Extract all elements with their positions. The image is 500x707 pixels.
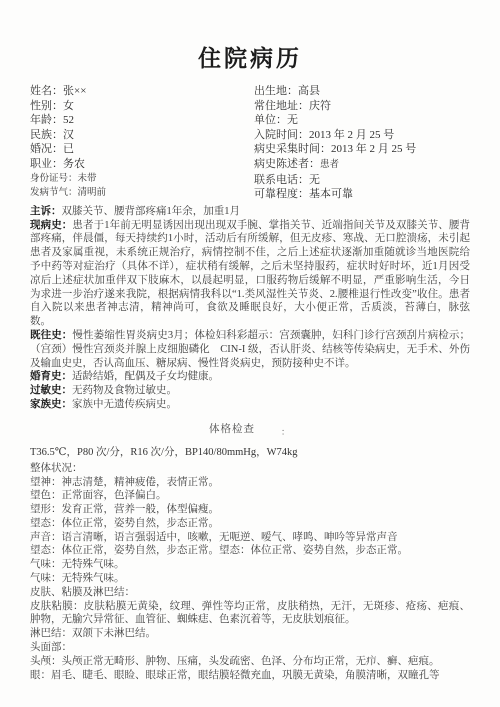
- info-value: 女: [63, 100, 74, 112]
- info-row: 身份证号：未带: [30, 172, 254, 187]
- history-label: 现病史：: [30, 220, 72, 231]
- info-label: 职业：: [30, 158, 63, 170]
- history-label: 主诉：: [30, 206, 62, 217]
- info-row: 常住地址：庆符: [254, 99, 470, 114]
- info-label: 婚况：: [30, 143, 63, 155]
- history-section: 主诉：双膝关节、腰背部疼痛1年余，加重1月 现病史：患者于1年前无明显诱因出现出…: [30, 205, 470, 412]
- exam-line-eyes: 眼：眉毛、睫毛、眼睑、眼球正常，眼结膜轻微充血，巩膜无黄染，角膜清晰，双瞳孔等: [30, 669, 470, 683]
- page-title: 住院病历: [30, 40, 470, 73]
- info-value: 无: [309, 174, 320, 186]
- info-value: 张××: [63, 85, 86, 97]
- info-row: 婚况：已: [30, 142, 254, 157]
- physical-exam-section: T36.5℃，P80 次/分，R16 次/分，BP140/80mmHg，W74k…: [30, 446, 470, 683]
- present-illness-paragraph: 现病史：患者于1年前无明显诱因出现出现双手腕、掌指关节、近端指间关节及双膝关节、…: [30, 219, 470, 329]
- info-label: 出生地：: [254, 85, 298, 97]
- info-label: 病史陈述者：: [254, 158, 320, 170]
- history-text: 适龄结婚，配偶及子女均健康。: [72, 371, 219, 382]
- info-row: 病史采集时间：2013 年 2 月 25 号: [254, 142, 470, 157]
- info-row: 性别：女: [30, 99, 254, 114]
- info-label: 发病节气：: [30, 188, 78, 198]
- info-row: 民族：汉: [30, 128, 254, 143]
- info-label: 入院时间：: [254, 129, 309, 141]
- info-value: 未带: [78, 174, 97, 184]
- exam-line-odor-repeat: 气味：无特殊气味。: [30, 572, 470, 586]
- info-label: 身份证号：: [30, 174, 78, 184]
- exam-line-lymph-nodes: 淋巴结：双颌下未淋巴结。: [30, 627, 470, 641]
- info-label: 常住地址：: [254, 100, 309, 112]
- info-row: 可靠程度：基本可靠: [254, 187, 470, 202]
- exam-line-skull: 头颅：头颅正常无畸形、肿物、压痛，头发疏密、色泽、分布均正常，无疖、癣、疤痕。: [30, 655, 470, 669]
- chief-complaint-paragraph: 主诉：双膝关节、腰背部疼痛1年余，加重1月: [30, 205, 470, 219]
- info-value: 务农: [63, 158, 85, 170]
- info-row: 姓名：张××: [30, 84, 254, 99]
- exam-line-posture: 望态：体位正常，姿势自然，步态正常。: [30, 517, 470, 531]
- info-row: 发病节气：清明前: [30, 186, 254, 201]
- history-text: 家族中无遗传疾病史。: [72, 399, 177, 410]
- info-label: 性别：: [30, 100, 63, 112]
- history-text: 慢性萎缩性胃炎病史3月；体检妇科彩超示：宫颈囊肿，妇科门诊行宫颈刮片病检示；（宫…: [30, 330, 470, 369]
- exam-line-voice: 声音：语言清晰，语言强弱适中，咳嗽，无呃逆、嗳气、哮鸣、呻吟等异常声音: [30, 531, 470, 545]
- info-row: 单位：无: [254, 113, 470, 128]
- info-value: 2013 年 2 月 25 号: [309, 129, 394, 141]
- info-value: 患者: [320, 160, 339, 170]
- patient-info-right-column: 出生地：高县 常住地址：庆符 单位：无 入院时间：2013 年 2 月 25 号…: [254, 84, 470, 202]
- exam-line-posture-repeat: 望态：体位正常，姿势自然，步态正常。望态：体位正常、姿势自然，步态正常。: [30, 544, 470, 558]
- past-history-paragraph: 既往史：慢性萎缩性胃炎病史3月；体检妇科彩超示：宫颈囊肿，妇科门诊行宫颈刮片病检…: [30, 329, 470, 370]
- info-label: 年龄：: [30, 114, 63, 126]
- info-value: 已: [63, 143, 74, 155]
- history-text: 无药物及食物过敏史。: [72, 385, 177, 396]
- info-row: 病史陈述者：患者: [254, 157, 470, 173]
- allergy-history-paragraph: 过敏史：无药物及食物过敏史。: [30, 384, 470, 398]
- info-label: 姓名：: [30, 85, 63, 97]
- history-label: 既往史：: [30, 330, 72, 341]
- history-label: 家族史：: [30, 399, 72, 410]
- physical-exam-heading-text: 体格检查: [209, 424, 255, 435]
- exam-line-build: 望形：发育正常，营养一般，体型偏瘦。: [30, 503, 470, 517]
- info-label: 单位：: [254, 114, 287, 126]
- history-text: 双膝关节、腰背部疼痛1年余，加重1月: [62, 206, 241, 217]
- physical-exam-heading-mark: ：: [281, 425, 291, 438]
- info-label: 民族：: [30, 129, 63, 141]
- info-value: 汉: [63, 129, 74, 141]
- info-row: 入院时间：2013 年 2 月 25 号: [254, 128, 470, 143]
- exam-line-overall-heading: 整体状况：: [30, 462, 470, 476]
- exam-line-color: 望色：正常面容，色泽偏白。: [30, 489, 470, 503]
- family-history-paragraph: 家族史：家族中无遗传疾病史。: [30, 398, 470, 412]
- info-row: 联系电话：无: [254, 173, 470, 188]
- medical-record-page: 住院病历 姓名：张×× 性别：女 年龄：52 民族：汉 婚况：已 职业：务农 身…: [0, 0, 500, 707]
- marital-history-paragraph: 婚育史：适龄结婚，配偶及子女均健康。: [30, 370, 470, 384]
- exam-line-odor: 气味：无特殊气味。: [30, 558, 470, 572]
- physical-exam-heading: 体格检查：: [30, 421, 470, 436]
- info-value: 高县: [298, 85, 320, 97]
- info-label: 病史采集时间：: [254, 143, 331, 155]
- vital-signs-line: T36.5℃，P80 次/分，R16 次/分，BP140/80mmHg，W74k…: [30, 446, 470, 460]
- exam-line-skin-heading: 皮肤、粘膜及淋巴结：: [30, 586, 470, 600]
- exam-line-spirit: 望神：神志清楚，精神疲倦，表情正常。: [30, 476, 470, 490]
- info-value: 清明前: [78, 188, 107, 198]
- patient-info-grid: 姓名：张×× 性别：女 年龄：52 民族：汉 婚况：已 职业：务农 身份证号：未…: [30, 84, 470, 202]
- history-label: 婚育史：: [30, 371, 72, 382]
- info-label: 可靠程度：: [254, 188, 309, 200]
- patient-info-left-column: 姓名：张×× 性别：女 年龄：52 民族：汉 婚况：已 职业：务农 身份证号：未…: [30, 84, 254, 202]
- info-label: 联系电话：: [254, 174, 309, 186]
- info-value: 52: [63, 114, 74, 126]
- exam-line-head-face-heading: 头面部：: [30, 641, 470, 655]
- info-value: 无: [287, 114, 298, 126]
- info-value: 庆符: [309, 100, 331, 112]
- history-text: 患者于1年前无明显诱因出现出现双手腕、掌指关节、近端指间关节及双膝关节、腰背部疼…: [30, 220, 470, 328]
- history-label: 过敏史：: [30, 385, 72, 396]
- info-value: 基本可靠: [309, 188, 353, 200]
- exam-line-skin-mucosa: 皮肤粘膜：皮肤粘膜无黄染，纹理、弹性等均正常，皮肤稍热，无汗，无斑疹、疮疡、疤痕…: [30, 600, 470, 628]
- info-row: 职业：务农: [30, 157, 254, 172]
- info-row: 出生地：高县: [254, 84, 470, 99]
- info-row: 年龄：52: [30, 113, 254, 128]
- info-value: 2013 年 2 月 25 号: [331, 143, 416, 155]
